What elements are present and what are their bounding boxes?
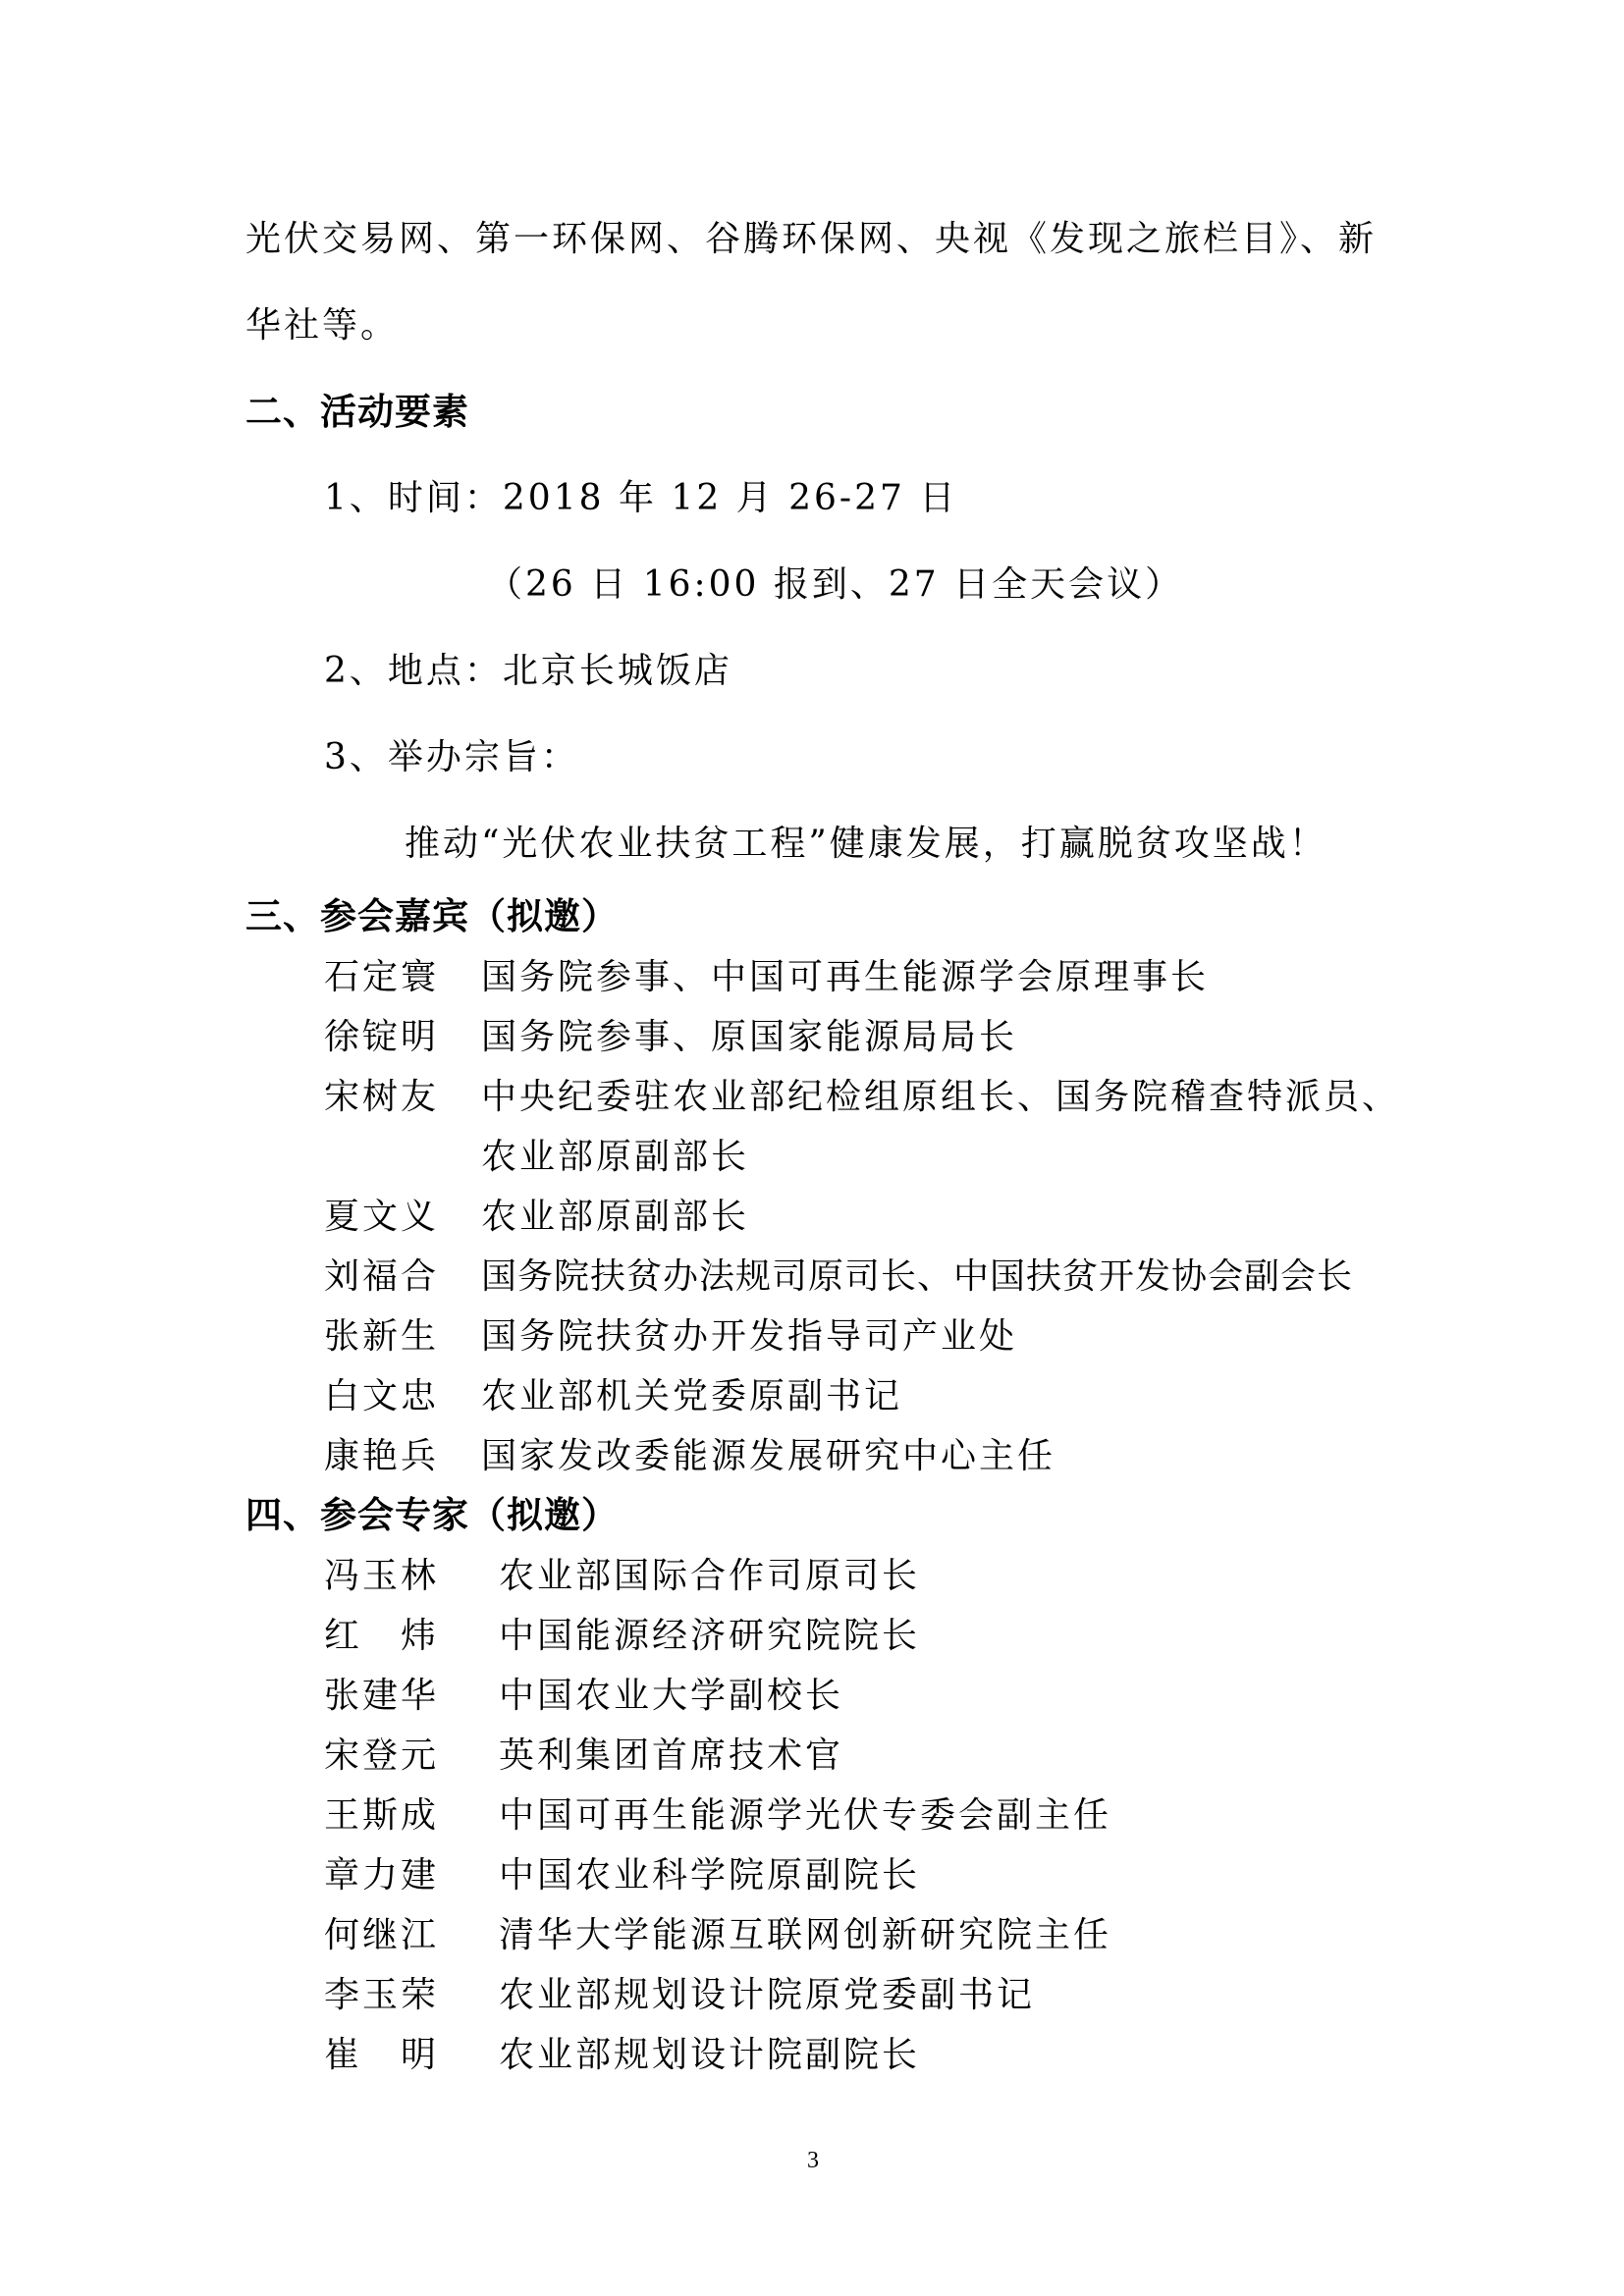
- section-heading-activity-elements: 二、活动要素: [245, 391, 469, 434]
- guest-name: 宋树友: [324, 1076, 439, 1119]
- expert-title: 中国农业大学副校长: [499, 1675, 843, 1718]
- intro-line-1: 光伏交易网、第一环保网、谷腾环保网、央视《发现之旅栏目》、新: [245, 218, 1377, 261]
- expert-name: 红 炜: [324, 1615, 439, 1658]
- section-heading-guests: 三、参会嘉宾（拟邀）: [245, 895, 619, 938]
- guest-title: 国务院参事、原国家能源局局长: [481, 1016, 1017, 1059]
- time-item: 1、时间：2018 年 12 月 26-27 日: [324, 477, 957, 520]
- guest-title: 农业部原副部长: [481, 1196, 749, 1239]
- guest-title: 农业部原副部长: [481, 1136, 749, 1179]
- purpose-item: 3、举办宗旨：: [324, 736, 579, 779]
- expert-name: 冯玉林: [324, 1555, 439, 1598]
- time-detail: （26 日 16:00 报到、27 日全天会议）: [487, 563, 1183, 607]
- expert-title: 农业部规划设计院副院长: [499, 2034, 920, 2077]
- guest-title: 国家发改委能源发展研究中心主任: [481, 1435, 1056, 1478]
- page-number: 3: [807, 2146, 819, 2175]
- guest-name: 徐锭明: [324, 1016, 439, 1059]
- expert-name: 王斯成: [324, 1794, 439, 1838]
- expert-title: 中国可再生能源学光伏专委会副主任: [499, 1794, 1111, 1838]
- guest-title: 国务院扶贫办法规司原司长、中国扶贫开发协会副会长: [481, 1255, 1353, 1299]
- document-page: 光伏交易网、第一环保网、谷腾环保网、央视《发现之旅栏目》、新 华社等。 二、活动…: [0, 0, 1624, 2296]
- expert-title: 清华大学能源互联网创新研究院主任: [499, 1914, 1111, 1957]
- guest-title: 国务院扶贫办开发指导司产业处: [481, 1315, 1017, 1359]
- expert-title: 农业部规划设计院原党委副书记: [499, 1974, 1035, 2017]
- location-item: 2、地点：北京长城饭店: [324, 650, 732, 693]
- intro-line-2: 华社等。: [245, 304, 399, 347]
- guest-name: 刘福合: [324, 1255, 439, 1299]
- guest-name: 康艳兵: [324, 1435, 439, 1478]
- expert-name: 章力建: [324, 1854, 439, 1897]
- guest-title: 国务院参事、中国可再生能源学会原理事长: [481, 956, 1209, 999]
- guest-name: 石定寰: [324, 956, 439, 999]
- guest-name: 张新生: [324, 1315, 439, 1359]
- guest-name: 夏文义: [324, 1196, 439, 1239]
- expert-name: 崔 明: [324, 2034, 439, 2077]
- guest-name: 白文忠: [324, 1375, 439, 1418]
- section-heading-experts: 四、参会专家（拟邀）: [245, 1494, 619, 1537]
- expert-title: 农业部国际合作司原司长: [499, 1555, 920, 1598]
- expert-name: 张建华: [324, 1675, 439, 1718]
- expert-name: 宋登元: [324, 1735, 439, 1778]
- guest-title: 农业部机关党委原副书记: [481, 1375, 902, 1418]
- expert-title: 中国农业科学院原副院长: [499, 1854, 920, 1897]
- expert-name: 李玉荣: [324, 1974, 439, 2017]
- purpose-text: 推动“光伏农业扶贫工程”健康发展，打赢脱贫攻坚战！: [405, 823, 1327, 866]
- expert-name: 何继江: [324, 1914, 439, 1957]
- expert-title: 英利集团首席技术官: [499, 1735, 843, 1778]
- guest-title: 中央纪委驻农业部纪检组原组长、国务院稽查特派员、: [481, 1076, 1400, 1119]
- expert-title: 中国能源经济研究院院长: [499, 1615, 920, 1658]
